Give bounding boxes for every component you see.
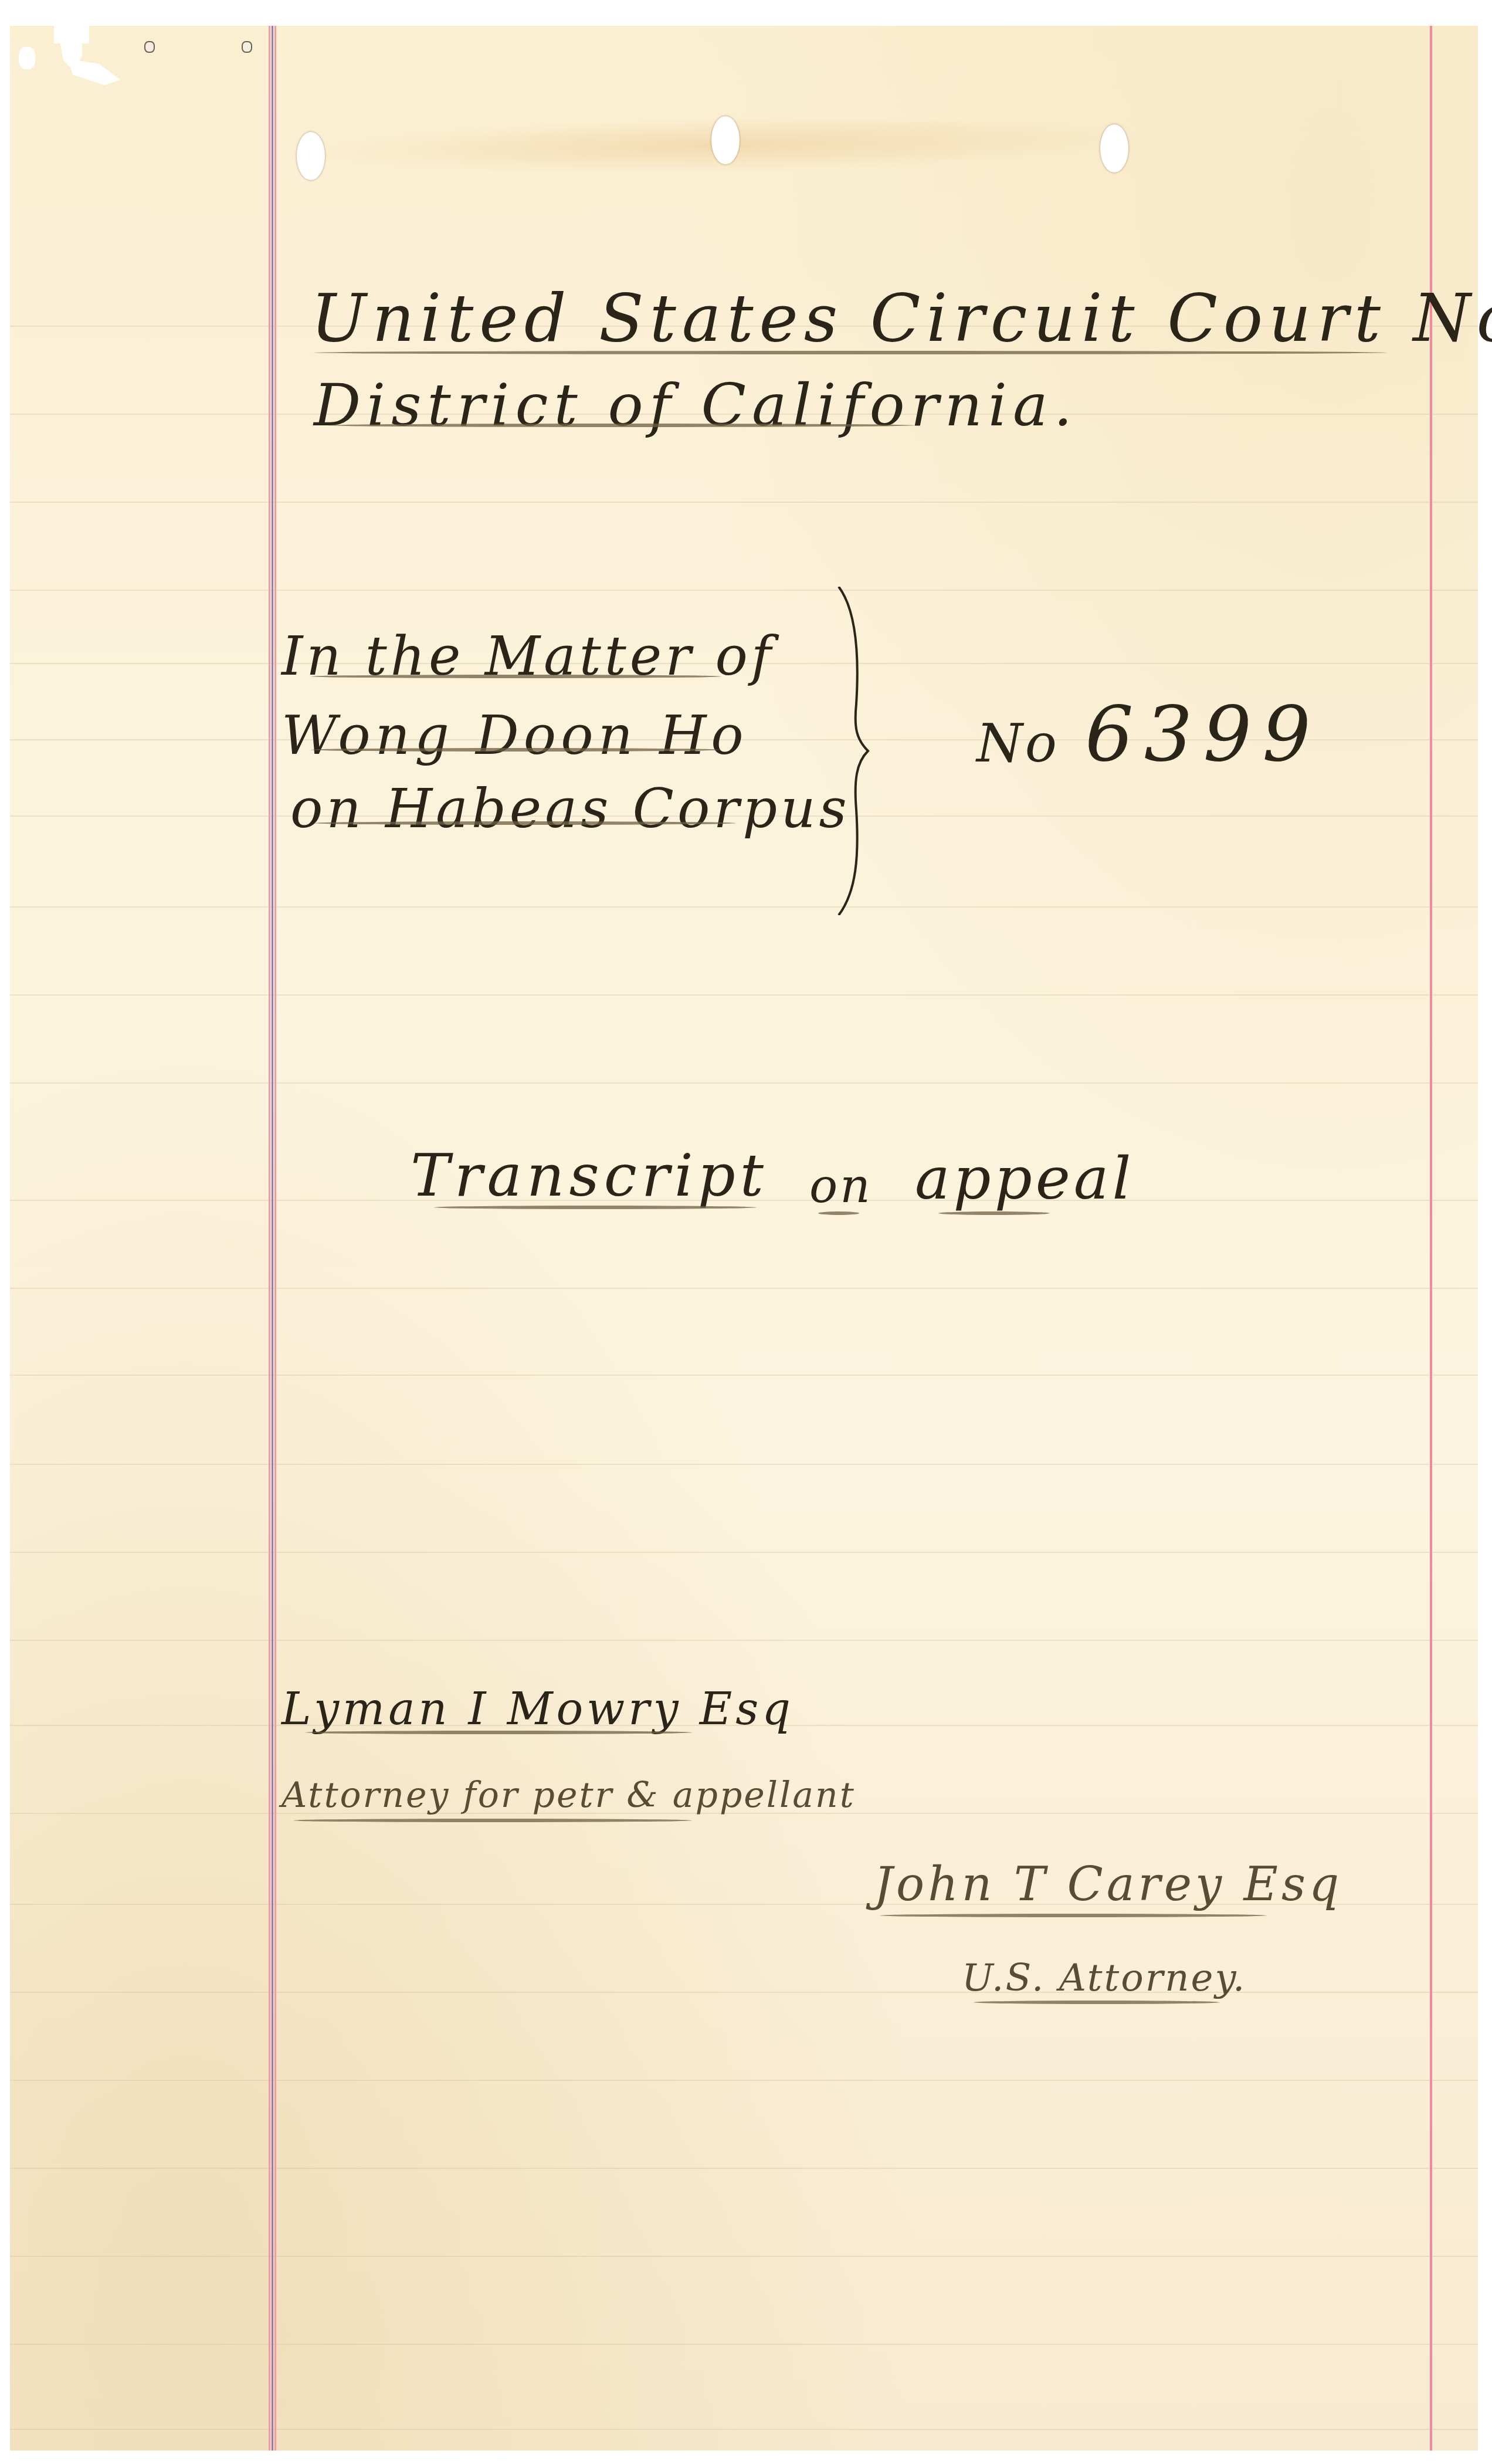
- court-heading-line-2: District of California.: [314, 371, 1078, 439]
- right-margin-line: [1430, 26, 1432, 2451]
- ruled-line: [10, 2080, 1478, 2081]
- ruled-line: [10, 1552, 1478, 1553]
- heading-underline: [314, 351, 1387, 354]
- ruled-line: [10, 2429, 1478, 2430]
- counsel-underline: [305, 1731, 692, 1734]
- ruled-line: [10, 2344, 1478, 2345]
- ruled-line: [10, 994, 1478, 996]
- ruled-line: [10, 1640, 1478, 1641]
- pin-hole: [242, 41, 252, 53]
- ruled-line: [10, 1464, 1478, 1465]
- case-number: 6399: [1085, 689, 1321, 779]
- title-underline: [938, 1211, 1050, 1215]
- pin-hole: [144, 41, 155, 53]
- punch-hole: [297, 132, 325, 180]
- heading-underline: [328, 424, 915, 427]
- curly-brace: [833, 587, 880, 915]
- appellant-counsel-name: Lyman I Mowry Esq: [282, 1683, 794, 1735]
- punch-hole: [1100, 124, 1128, 172]
- ruled-line: [10, 2168, 1478, 2169]
- counsel-underline: [974, 2001, 1220, 2004]
- title-underline: [818, 1211, 859, 1215]
- paper-tear: [19, 47, 35, 69]
- case-number-prefix: No: [976, 713, 1059, 774]
- left-margin-line: [269, 26, 277, 2451]
- case-caption-line-2: Wong Doon Ho: [282, 704, 748, 767]
- ruled-line: [10, 906, 1478, 908]
- counsel-underline: [293, 1819, 692, 1822]
- punch-hole: [711, 116, 740, 164]
- caption-underline: [311, 675, 721, 678]
- ruled-line: [10, 1992, 1478, 1993]
- document-title-word-1: Transcript: [411, 1141, 768, 1210]
- respondent-counsel-name: John T Carey Esq: [874, 1857, 1342, 1911]
- ruled-line: [10, 502, 1478, 503]
- document-title-word-3: appeal: [915, 1144, 1134, 1213]
- counsel-underline: [880, 1914, 1267, 1917]
- case-caption-line-3: on Habeas Corpus: [290, 777, 850, 840]
- ruled-line: [10, 590, 1478, 591]
- document-title-word-2: on: [809, 1159, 873, 1213]
- ruled-line: [10, 1288, 1478, 1289]
- ruled-line: [10, 1082, 1478, 1084]
- appellant-counsel-role: Attorney for petr & appellant: [282, 1775, 856, 1816]
- court-heading-line-1: United States Circuit Court Northern: [311, 280, 1492, 357]
- respondent-counsel-role: U.S. Attorney.: [962, 1957, 1246, 2000]
- caption-underline: [314, 821, 736, 825]
- ruled-line: [10, 1375, 1478, 1376]
- ruled-line: [10, 2256, 1478, 2257]
- caption-underline: [311, 748, 721, 752]
- title-underline: [434, 1206, 757, 1209]
